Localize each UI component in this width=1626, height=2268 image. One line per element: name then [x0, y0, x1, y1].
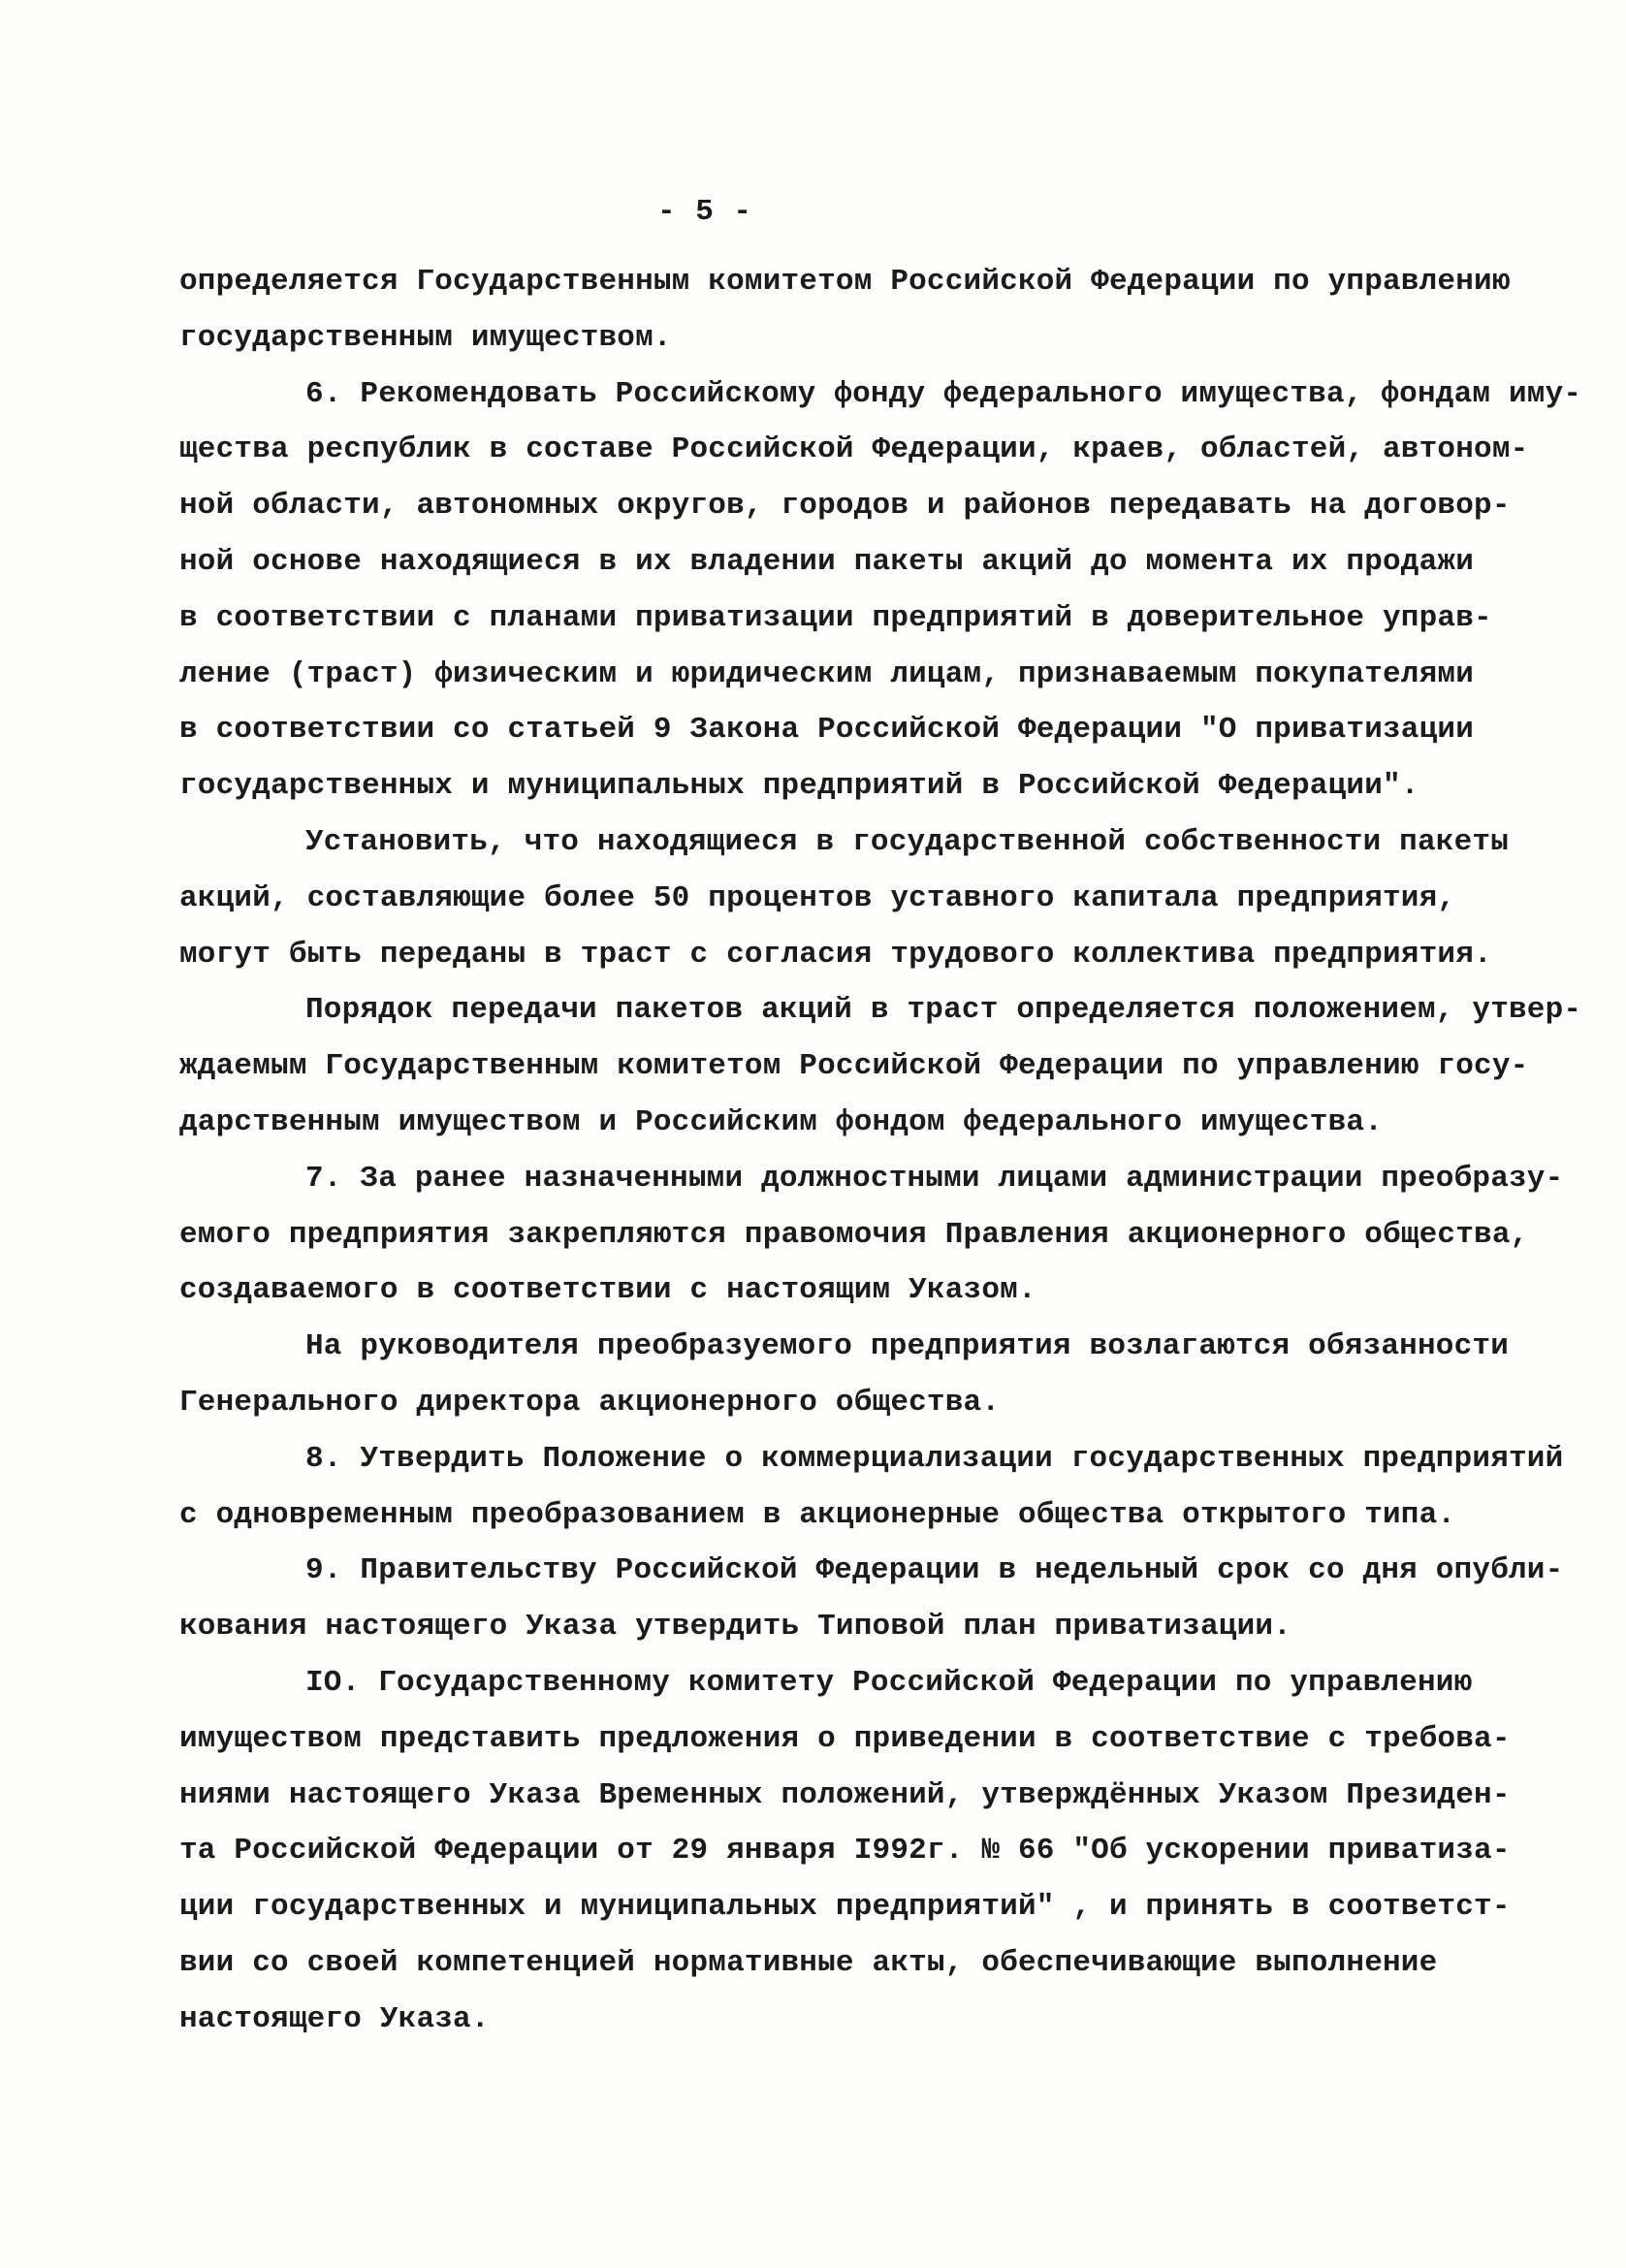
text-line: та Российской Федерации от 29 января I99…: [179, 1823, 1556, 1879]
text-line: ной области, автономных округов, городов…: [179, 478, 1556, 534]
text-line: Генерального директора акционерного обще…: [179, 1375, 1556, 1431]
text-line: могут быть переданы в траст с согласия т…: [179, 927, 1556, 983]
scanned-document-page: - 5 - определяется Государственным комит…: [0, 0, 1626, 2268]
text-line: настоящего Указа.: [179, 1992, 1556, 2048]
text-line: ции государственных и муниципальных пред…: [179, 1879, 1556, 1935]
document-body: определяется Государственным комитетом Р…: [179, 254, 1556, 2048]
text-line: ждаемым Государственным комитетом Россий…: [179, 1038, 1556, 1095]
text-line: имуществом представить предложения о при…: [179, 1711, 1556, 1768]
text-line: ной основе находящиеся в их владении пак…: [179, 534, 1556, 591]
text-line: в соответствии с планами приватизации пр…: [179, 591, 1556, 647]
text-line: щества республик в составе Российской Фе…: [179, 422, 1556, 478]
text-line: создаваемого в соответствии с настоящим …: [179, 1262, 1556, 1319]
text-line: 7. За ранее назначенными должностными ли…: [179, 1151, 1556, 1207]
text-line: государственных и муниципальных предприя…: [179, 758, 1556, 815]
text-line: Установить, что находящиеся в государств…: [179, 815, 1556, 871]
text-line: с одновременным преобразованием в акцион…: [179, 1487, 1556, 1544]
text-line: 9. Правительству Российской Федерации в …: [179, 1543, 1556, 1599]
text-line: Порядок передачи пакетов акций в траст о…: [179, 982, 1556, 1038]
text-line: акций, составляющие более 50 процентов у…: [179, 871, 1556, 927]
text-line: государственным имуществом.: [179, 310, 1556, 367]
text-line: емого предприятия закрепляются правомочи…: [179, 1207, 1556, 1263]
text-line: дарственным имуществом и Российским фонд…: [179, 1095, 1556, 1151]
text-line: 8. Утвердить Положение о коммерциализаци…: [179, 1431, 1556, 1487]
text-line: вии со своей компетенцией нормативные ак…: [179, 1935, 1556, 1992]
text-line: 6. Рекомендовать Российскому фонду федер…: [179, 367, 1556, 423]
text-line: в соответствии со статьей 9 Закона Росси…: [179, 702, 1556, 758]
text-line: ление (траст) физическим и юридическим л…: [179, 647, 1556, 703]
text-line: ниями настоящего Указа Временных положен…: [179, 1768, 1556, 1824]
text-line: кования настоящего Указа утвердить Типов…: [179, 1599, 1556, 1655]
text-line: определяется Государственным комитетом Р…: [179, 254, 1556, 310]
text-line: На руководителя преобразуемого предприят…: [179, 1319, 1556, 1375]
page-number: - 5 -: [559, 184, 850, 240]
text-line: IO. Государственному комитету Российской…: [179, 1655, 1556, 1711]
